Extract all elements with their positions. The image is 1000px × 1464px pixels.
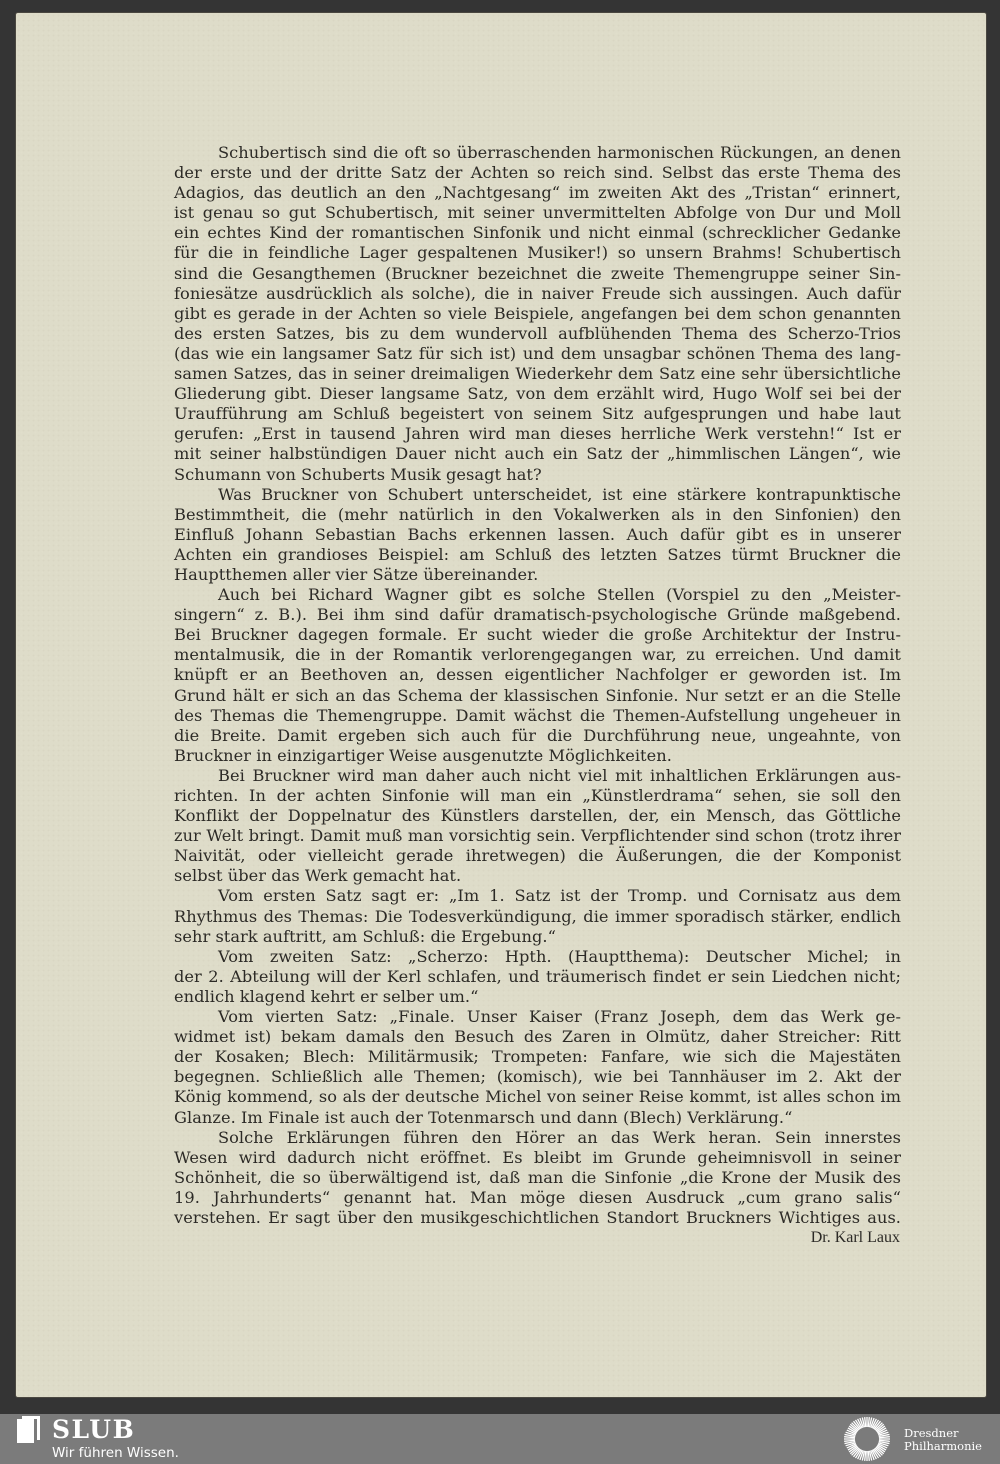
text-line: gerufen: „Erst in tausend Jahren wird ma…: [174, 424, 901, 444]
text-line: Bei Bruckner dagegen formale. Er sucht w…: [174, 625, 901, 645]
text-line: Rhythmus des Themas: Die Todesverkündigu…: [174, 907, 901, 927]
text-line: verstehen. Er sagt über den musikgeschic…: [174, 1208, 901, 1228]
text-line: sehr stark auftritt, am Schluß: die Erge…: [174, 927, 901, 947]
text-line: Was Bruckner von Schubert unterscheidet,…: [174, 485, 901, 505]
text-line: Bei Bruckner wird man daher auch nicht v…: [174, 766, 901, 786]
text-line: für die in feindliche Lager gespaltenen …: [174, 243, 901, 263]
text-line: ist genau so gut Schubertisch, mit seine…: [174, 203, 901, 223]
text-line: Grund hält er sich an das Schema der kla…: [174, 686, 901, 706]
slub-book-icon: [14, 1415, 42, 1445]
text-line: Vom zweiten Satz: „Scherzo: Hpth. (Haupt…: [174, 947, 901, 967]
text-line: Uraufführung am Schluß begeistert von se…: [174, 404, 901, 424]
text-line: ein echtes Kind der romantischen Sinfoni…: [174, 223, 901, 243]
text-line: mentalmusik, die in der Romantik verlore…: [174, 645, 901, 665]
text-line: Solche Erklärungen führen den Hörer an d…: [174, 1128, 901, 1148]
text-line: des Themas die Themengruppe. Damit wächs…: [174, 706, 901, 726]
dresdner-philharmonie-wordmark: Dresdner Philharmonie: [904, 1427, 982, 1452]
text-line: knüpft er an Beethoven an, dessen eigent…: [174, 665, 901, 685]
text-line: Adagios, das deutlich an den „Nachtgesan…: [174, 183, 901, 203]
text-line: Glanze. Im Finale ist auch der Totenmars…: [174, 1108, 901, 1128]
text-line: Auch bei Richard Wagner gibt es solche S…: [174, 585, 901, 605]
phil-name-line1: Dresdner: [904, 1427, 982, 1440]
text-line: gibt es gerade in der Achten so viele Be…: [174, 304, 901, 324]
text-line: Vom ersten Satz sagt er: „Im 1. Satz ist…: [174, 886, 901, 906]
text-line: widmet ist) bekam damals den Besuch des …: [174, 1027, 901, 1047]
text-line: Schumann von Schuberts Musik gesagt hat?: [174, 465, 901, 485]
text-line: der 2. Abteilung will der Kerl schlafen,…: [174, 967, 901, 987]
text-line: 19. Jahrhunderts“ genannt hat. Man möge …: [174, 1188, 901, 1208]
footer-bar: SLUB Wir führen Wissen. Dresdner Philhar…: [0, 1414, 1000, 1464]
text-line: Vom vierten Satz: „Finale. Unser Kaiser …: [174, 1007, 901, 1027]
text-line: der erste und der dritte Satz der Achten…: [174, 163, 901, 183]
text-line: Einfluß Johann Sebastian Bachs erkennen …: [174, 525, 901, 545]
text-line: Hauptthemen aller vier Sätze übereinande…: [174, 565, 901, 585]
phil-name-line2: Philharmonie: [904, 1440, 982, 1453]
text-line: endlich klagend kehrt er selber um.“: [174, 987, 901, 1007]
text-line: foniesätze ausdrücklich als solche), die…: [174, 284, 901, 304]
text-line: Schubertisch sind die oft so überraschen…: [174, 143, 901, 163]
text-line: zur Welt bringt. Damit muß man vorsichti…: [174, 826, 901, 846]
text-line: samen Satzes, das in seiner dreimaligen …: [174, 364, 901, 384]
text-line: sind die Gesangthemen (Bruckner bezeichn…: [174, 264, 901, 284]
text-line: Gliederung gibt. Dieser langsame Satz, v…: [174, 384, 901, 404]
text-line: singern“ z. B.). Bei ihm sind dafür dram…: [174, 605, 901, 625]
text-line: Bestimmtheit, die (mehr natürlich in den…: [174, 505, 901, 525]
text-line: Schönheit, die so überwältigend ist, daß…: [174, 1168, 901, 1188]
text-line: die Breite. Damit ergeben sich auch für …: [174, 726, 901, 746]
document-page: Schubertisch sind die oft so überraschen…: [16, 13, 986, 1397]
article-body: Schubertisch sind die oft so überraschen…: [174, 143, 901, 1248]
text-line: König kommend, so als der deutsche Miche…: [174, 1087, 901, 1107]
text-line: des ersten Satzes, bis zu dem wundervoll…: [174, 324, 901, 344]
text-line: Wesen wird dadurch nicht eröffnet. Es bl…: [174, 1148, 901, 1168]
text-line: begegnen. Schließlich alle Themen; (komi…: [174, 1067, 901, 1087]
dresdner-philharmonie-sunburst-icon: [842, 1415, 892, 1463]
slub-wordmark: SLUB: [52, 1416, 135, 1444]
text-line: mit seiner halbstündigen Dauer nicht auc…: [174, 444, 901, 464]
text-line: Naivität, oder vielleicht gerade ihretwe…: [174, 846, 901, 866]
text-line: selbst über das Werk gemacht hat.: [174, 866, 901, 886]
text-line: Konflikt der Doppelnatur des Künstlers d…: [174, 806, 901, 826]
author-signature: Dr. Karl Laux: [174, 1228, 901, 1248]
text-line: richten. In der achten Sinfonie will man…: [174, 786, 901, 806]
text-line: der Kosaken; Blech: Militärmusik; Trompe…: [174, 1047, 901, 1067]
slub-tagline: Wir führen Wissen.: [52, 1445, 179, 1461]
text-line: Achten ein grandioses Beispiel: am Schlu…: [174, 545, 901, 565]
text-line: Bruckner in einzigartiger Weise ausgenut…: [174, 746, 901, 766]
text-line: (das wie ein langsamer Satz für sich ist…: [174, 344, 901, 364]
